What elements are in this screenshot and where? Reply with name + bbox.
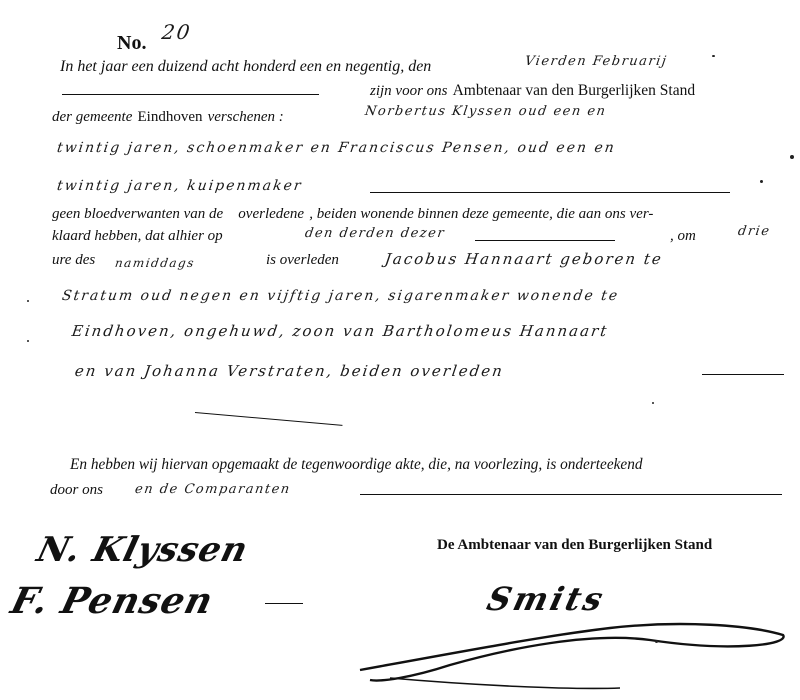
line-9-handwritten: Stratum oud negen en vijftig jaren, siga… — [61, 288, 620, 304]
closing-handwritten: en de Comparanten — [134, 482, 292, 497]
line-8-printed-b: is overleden — [266, 252, 339, 269]
line-3: der gemeente Eindhoven verschenen : — [52, 106, 284, 126]
rule-line-5 — [370, 192, 730, 193]
scan-speck — [27, 340, 29, 342]
signature-official-flourish — [350, 590, 790, 690]
line-2-printed-a: zijn voor ons — [370, 83, 448, 99]
rule-line-11 — [702, 374, 784, 375]
line-7-printed-b: , om — [670, 228, 696, 245]
line-3-printed-a: der gemeente — [52, 109, 132, 125]
line-8-printed-a: ure des — [52, 252, 95, 269]
line-6-printed-a: geen bloedverwanten van de — [52, 206, 223, 222]
line-8-handwritten-deceased: Jacobus Hannaart geboren te — [384, 250, 664, 268]
line-3-handwritten-witness-1: Norbertus Klyssen oud een en — [364, 104, 608, 119]
number-value: 20 — [160, 20, 193, 44]
official-title: De Ambtenaar van den Burgerlijken Stand — [437, 537, 712, 554]
signature-comparant-2: F. Pensen — [7, 580, 218, 622]
signature-comparant-2-tail — [265, 603, 303, 604]
line-5-handwritten: twintig jaren, kuipenmaker — [56, 178, 304, 194]
record-number: No. 20 — [117, 30, 191, 55]
line-7-printed: klaard hebben, dat alhier op — [52, 228, 223, 245]
line-3-printed-c: verschenen : — [208, 109, 284, 125]
line-8-handwritten-time: namiddags — [114, 256, 196, 270]
signature-comparant-1: N. Klyssen — [33, 530, 252, 570]
municipality-name: Eindhoven — [137, 109, 202, 125]
line-2: zijn voor ons Ambtenaar van den Burgerli… — [370, 80, 695, 100]
closing-printed-door-ons: door ons — [50, 482, 103, 499]
rule-line-7 — [475, 240, 615, 241]
scan-speck — [655, 640, 658, 643]
closing-printed-line: En hebben wij hiervan opgemaakt de tegen… — [70, 456, 643, 474]
rule-line-2 — [62, 94, 319, 95]
line-2-printed-b: Ambtenaar van den Burgerlijken Stand — [453, 82, 695, 99]
rule-closing — [360, 494, 782, 495]
number-label: No. — [117, 32, 146, 54]
scan-speck — [712, 55, 715, 57]
line-7-handwritten-day: den derden dezer — [304, 226, 446, 241]
line-10-handwritten: Eindhoven, ongehuwd, zoon van Bartholome… — [71, 322, 610, 340]
scan-speck — [760, 180, 763, 183]
scan-speck — [790, 155, 794, 159]
rule-closing-stroke — [195, 412, 343, 426]
line-6-printed-b: overledene — [238, 206, 304, 222]
line-7-handwritten-hour: drie — [737, 224, 771, 239]
line-1-printed: In het jaar een duizend acht honderd een… — [60, 58, 431, 76]
scan-speck — [652, 402, 654, 404]
line-6-printed-c: , beiden wonende binnen deze gemeente, d… — [309, 206, 653, 222]
line-4-handwritten: twintig jaren, schoenmaker en Franciscus… — [56, 140, 617, 156]
line-6: geen bloedverwanten van de overledene , … — [52, 203, 653, 223]
line-1-handwritten-date: Vierden Februarij — [524, 54, 668, 69]
line-11-handwritten: en van Johanna Verstraten, beiden overle… — [74, 362, 505, 380]
scan-speck — [27, 300, 29, 302]
